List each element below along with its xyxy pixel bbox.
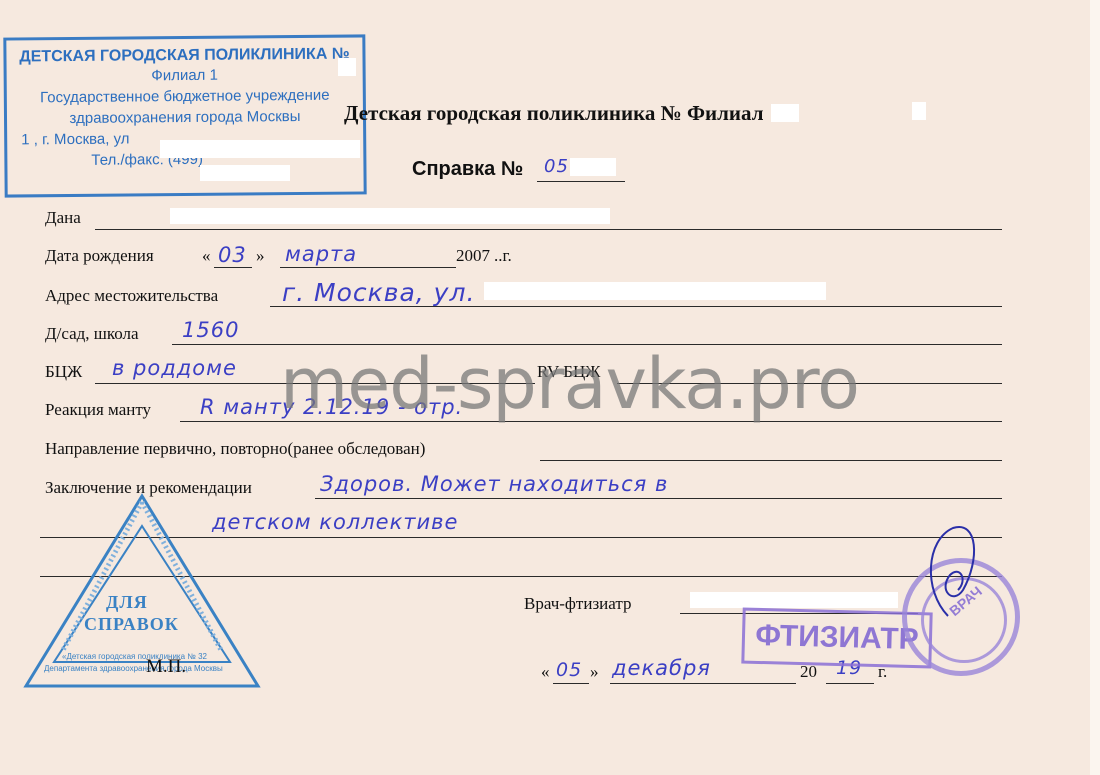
birth-year-suffix: ..г. xyxy=(494,246,512,266)
referral-line xyxy=(540,460,1002,461)
quote-open: « xyxy=(202,246,211,266)
certificate-label: Справка № xyxy=(412,158,523,181)
quote-close: » xyxy=(256,246,265,266)
redaction xyxy=(338,58,356,76)
conclusion-line-1 xyxy=(315,498,1002,499)
stamp-place-label: М.П. xyxy=(146,656,186,678)
certificate-number-line xyxy=(537,181,625,182)
issued-to-label: Дана xyxy=(45,208,81,228)
paper-edge xyxy=(1090,0,1100,775)
redaction xyxy=(690,592,898,608)
referral-label: Направление первично, повторно(ранее обс… xyxy=(45,439,425,459)
redaction xyxy=(912,102,926,120)
issued-to-line xyxy=(95,229,1002,230)
document-title: Детская городская поликлиника № Филиал xyxy=(344,101,764,126)
redaction xyxy=(200,165,290,181)
certificate-number: 05 xyxy=(544,156,569,177)
triangle-stamp-line-1: ДЛЯ xyxy=(106,592,148,613)
quote-open: « xyxy=(541,662,550,682)
date-year-line xyxy=(826,683,874,684)
school-value: 1560 xyxy=(182,318,239,342)
bcg-value: в роддоме xyxy=(112,356,237,380)
birth-year-value: 2007 xyxy=(456,246,490,266)
redaction xyxy=(160,140,360,158)
signature-scribble-icon xyxy=(918,520,988,620)
address-value: г. Москва, ул. xyxy=(282,278,475,307)
birth-day-value: 03 xyxy=(218,243,247,267)
bcg-label: БЦЖ xyxy=(45,362,82,382)
redaction xyxy=(771,104,799,122)
triangle-stamp-line-2: СПРАВОК xyxy=(84,614,179,635)
triangle-stamp-bottom-2: Департамента здравоохранения города Моск… xyxy=(44,664,223,673)
watermark: med-spravka.pro xyxy=(280,343,859,425)
school-label: Д/сад, школа xyxy=(45,324,139,344)
birth-month-value: марта xyxy=(285,242,357,266)
birth-month-line xyxy=(280,267,456,268)
date-month-line xyxy=(610,683,796,684)
doctor-label: Врач-фтизиатр xyxy=(524,594,632,614)
redaction xyxy=(570,158,616,176)
date-month-value: декабря xyxy=(612,656,711,680)
redaction xyxy=(484,282,826,300)
clinic-stamp: ДЕТСКАЯ ГОРОДСКАЯ ПОЛИКЛИНИКА № Филиал 1… xyxy=(3,34,366,197)
date-day-value: 05 xyxy=(556,659,582,681)
redaction xyxy=(170,208,610,224)
quote-close: » xyxy=(590,662,599,682)
conclusion-value-1: Здоров. Может находиться в xyxy=(320,472,668,496)
stamp-line-3: Государственное бюджетное учреждение xyxy=(7,84,363,108)
birth-day-line xyxy=(214,267,252,268)
birth-date-label: Дата рождения xyxy=(45,246,154,266)
mantoux-label: Реакция манту xyxy=(45,400,151,420)
address-label: Адрес местожительства xyxy=(45,286,218,306)
date-day-line xyxy=(553,683,589,684)
stamp-line-1: ДЕТСКАЯ ГОРОДСКАЯ ПОЛИКЛИНИКА № xyxy=(6,45,362,66)
